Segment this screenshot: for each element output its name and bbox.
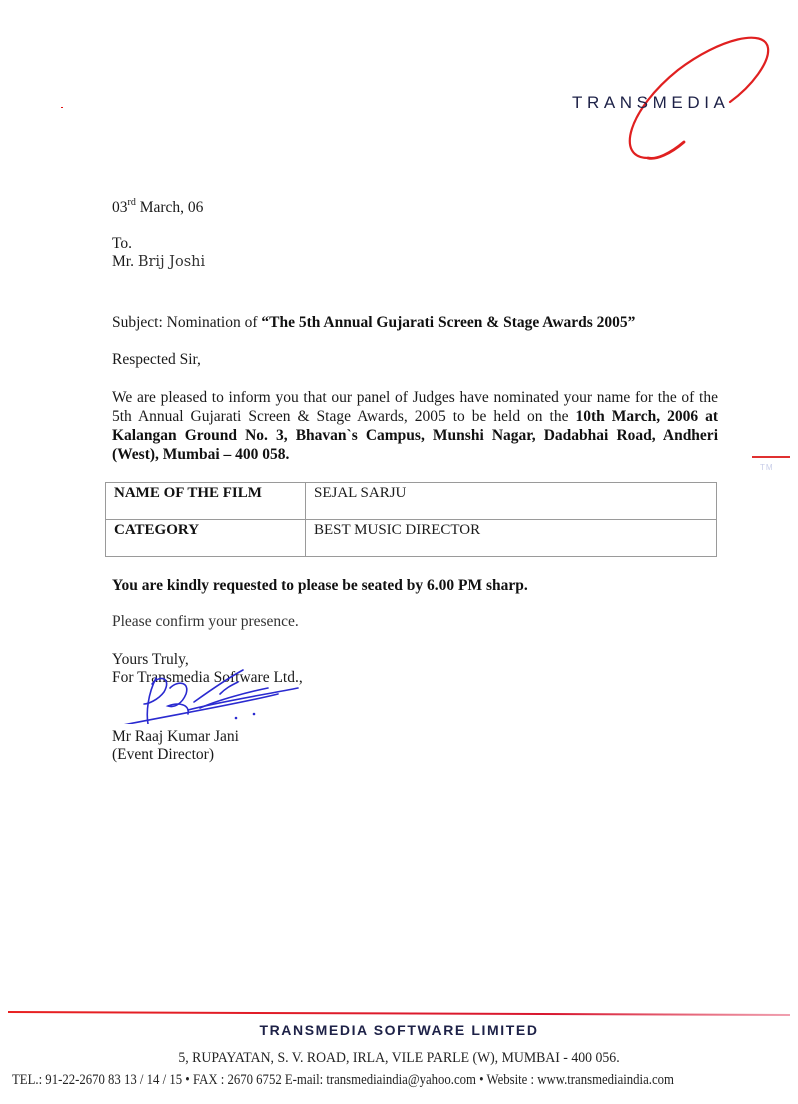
table-row: NAME OF THE FILM SEJAL SARJU bbox=[106, 483, 717, 520]
subject-line: Subject: Nomination of “The 5th Annual G… bbox=[112, 313, 635, 332]
category-label: CATEGORY bbox=[106, 520, 306, 557]
seating-request: You are kindly requested to please be se… bbox=[112, 576, 528, 595]
letter-date: 03rd March, 06 bbox=[112, 198, 203, 217]
salutation: Respected Sir, bbox=[112, 350, 201, 369]
film-value: SEJAL SARJU bbox=[306, 483, 717, 520]
stray-mark bbox=[61, 107, 63, 108]
table-row: CATEGORY BEST MUSIC DIRECTOR bbox=[106, 520, 717, 557]
footer-address: 5, RUPAYATAN, S. V. ROAD, IRLA, VILE PAR… bbox=[32, 1050, 766, 1067]
company-logo: TRANSMEDIA bbox=[560, 30, 798, 180]
logo-text: TRANSMEDIA bbox=[572, 93, 729, 113]
signer-title: (Event Director) bbox=[112, 745, 214, 764]
margin-mark: TM bbox=[760, 463, 774, 472]
margin-rule bbox=[752, 456, 790, 458]
recipient: Mr. Brij Joshi bbox=[112, 252, 205, 272]
recipient-name: Brij Joshi bbox=[138, 254, 205, 270]
award-title: “The 5th Annual Gujarati Screen & Stage … bbox=[261, 314, 635, 331]
confirm-request: Please confirm your presence. bbox=[112, 612, 299, 631]
signature-icon bbox=[118, 664, 318, 724]
footer-divider bbox=[8, 1011, 790, 1016]
category-value: BEST MUSIC DIRECTOR bbox=[306, 520, 717, 557]
footer-contact: TEL.: 91-22-2670 83 13 / 14 / 15 • FAX :… bbox=[12, 1072, 674, 1089]
signer-name: Mr Raaj Kumar Jani bbox=[112, 727, 239, 746]
footer-company-name: TRANSMEDIA SOFTWARE LIMITED bbox=[0, 1022, 798, 1038]
nomination-details-table: NAME OF THE FILM SEJAL SARJU CATEGORY BE… bbox=[105, 482, 717, 557]
body-paragraph: We are pleased to inform you that our pa… bbox=[112, 388, 718, 464]
film-label: NAME OF THE FILM bbox=[106, 483, 306, 520]
to-label: To. bbox=[112, 234, 132, 253]
